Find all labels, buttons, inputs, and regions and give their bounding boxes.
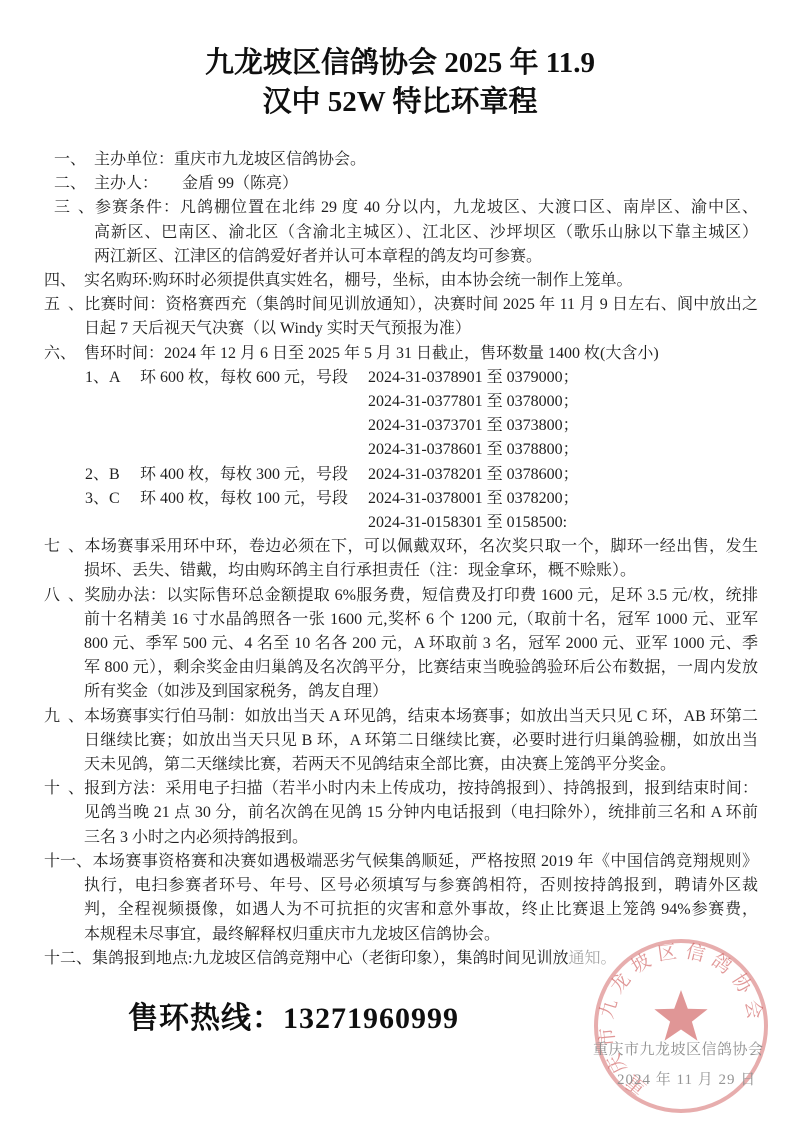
rule-item: 七、本场赛事采用环中环，卷边必须在下，可以佩戴双环，名次奖只取一个，脚环一经出售… (44, 535, 758, 583)
title-line-2: 汉中 52W 特比环章程 (0, 83, 800, 122)
rule-text: 本规程未尽事宜，最终解释权归重庆市九龙坡区信鸽协会。 (84, 926, 500, 943)
rule-text: 判，全程视频摄像，如遇人为不可抗拒的灾害和意外事故，终止比赛退上笼鸽 94%参赛… (84, 901, 758, 918)
signature-date: 2024 年 11 月 29 日 (617, 1068, 756, 1089)
rule-text: 集鸽报到地点:九龙坡区信鸽竞翔中心（老街印象），集鸽时间见训放 (92, 950, 568, 967)
rule-number: 七、 (44, 535, 84, 559)
rule-text: 本场赛事资格赛和决赛如遇极端恶劣气候集鸽顺延，严格按照 2019 年《中国信鸽竞… (92, 853, 758, 870)
rules-list: 一、主办单位：重庆市九龙坡区信鸽协会。二、主办人： 金盾 99（陈亮）三、参赛条… (44, 148, 758, 971)
rule-number: 二、 (54, 172, 94, 196)
rule-line: 日继续比赛；如放出当天只见 B 环，A 环第二日继续比赛，必要时进行归巢鸽验棚，… (44, 729, 758, 753)
rule-line: 两江新区、江津区的信鸽爱好者并认可本章程的鸽友均可参赛。 (54, 245, 758, 269)
rule-line-first: 一、主办单位：重庆市九龙坡区信鸽协会。 (54, 148, 758, 172)
ring-number-range: 2024-31-0158301 至 0158500: (368, 514, 567, 531)
rule-line-first: 五、比赛时间：资格赛西充（集鸽时间见训放通知），决赛时间 2025 年 11 月… (44, 293, 758, 317)
rule-line: 800 元、季军 500 元、4 名至 10 名各 200 元，A 环取前 3 … (44, 632, 758, 656)
rule-line-first: 八、奖励办法：以实际售环总金额提取 6%服务费，短信费及打印费 1600 元，足… (44, 584, 758, 608)
rule-number: 三、 (54, 196, 94, 220)
rule-line-first: 四、实名购环:购环时必须提供真实姓名，棚号，坐标，由本协会统一制作上笼单。 (44, 269, 758, 293)
rule-text: 前十名精美 16 寸水晶鸽照各一张 1600 元,奖杯 6 个 1200 元,（… (84, 611, 758, 628)
ring-price-list: 1、A环 600 枚，每枚 600 元，号段2024-31-0378901 至 … (85, 366, 758, 535)
rule-item: 一、主办单位：重庆市九龙坡区信鸽协会。 (54, 148, 758, 172)
rule-item: 五、比赛时间：资格赛西充（集鸽时间见训放通知），决赛时间 2025 年 11 月… (44, 293, 758, 341)
rule-item: 六、售环时间：2024 年 12 月 6 日至 2025 年 5 月 31 日截… (44, 342, 758, 366)
rule-text: 报到方法：采用电子扫描（若半小时内未上传成功，按持鸽报到）、持鸽报到，报到结束时… (84, 780, 758, 797)
ring-number-range: 2024-31-0373701 至 0373800； (368, 417, 579, 434)
rule-line: 判，全程视频摄像，如遇人为不可抗拒的灾害和意外事故，终止比赛退上笼鸽 94%参赛… (44, 898, 758, 922)
rule-text: 主办人： 金盾 99（陈亮） (94, 175, 298, 192)
rule-text: 两江新区、江津区的信鸽爱好者并认可本章程的鸽友均可参赛。 (94, 248, 542, 265)
ring-line: 2、B环 400 枚，每枚 300 元，号段2024-31-0378201 至 … (85, 463, 758, 487)
official-seal-stamp: 重庆市九龙坡区信鸽协会 (585, 930, 785, 1130)
rule-text: 实名购环:购环时必须提供真实姓名，棚号，坐标，由本协会统一制作上笼单。 (84, 272, 632, 289)
rule-line: 见鸽当晚 21 点 30 分，前名次鸽在见鸽 15 分钟内电话报到（电扫除外），… (44, 801, 758, 825)
rule-text: 参赛条件：凡鸽棚位置在北纬 29 度 40 分以内，九龙坡区、大渡口区、南岸区、… (94, 199, 758, 216)
rule-number: 六、 (44, 342, 84, 366)
rule-line-first: 七、本场赛事采用环中环，卷边必须在下，可以佩戴双环，名次奖只取一个，脚环一经出售… (44, 535, 758, 559)
rule-item: 四、实名购环:购环时必须提供真实姓名，棚号，坐标，由本协会统一制作上笼单。 (44, 269, 758, 293)
star-icon (654, 990, 707, 1041)
ring-description: 环 600 枚，每枚 600 元，号段 (140, 366, 368, 390)
rule-number: 十一、 (44, 850, 92, 874)
rule-text: 日继续比赛；如放出当天只见 B 环，A 环第二日继续比赛，必要时进行归巢鸽验棚，… (84, 732, 758, 749)
document-page: 九龙坡区信鸽协会 2025 年 11.9 汉中 52W 特比环章程 一、主办单位… (0, 0, 800, 1132)
ring-line: 2024-31-0373701 至 0373800； (85, 414, 758, 438)
rule-item: 三、参赛条件：凡鸽棚位置在北纬 29 度 40 分以内，九龙坡区、大渡口区、南岸… (54, 196, 758, 269)
rule-line: 三名 3 小时之内必须持鸽报到。 (44, 826, 758, 850)
rule-number: 一、 (54, 148, 94, 172)
rule-line: 所有奖金（如涉及到国家税务，鸽友自理） (44, 680, 758, 704)
ring-grade: 1、A (85, 366, 140, 390)
rule-text: 执行，电扫参赛者环号、年号、区号必须填写与参赛鸽相符，否则按持鸽报到，聘请外区裁 (84, 877, 758, 894)
rule-line: 天未见鸽，第二天继续比赛，若两天不见鸽结束全部比赛，由决赛上笼鸽平分奖金。 (44, 753, 758, 777)
ring-line: 2024-31-0377801 至 0378000； (85, 390, 758, 414)
rule-item: 二、主办人： 金盾 99（陈亮） (54, 172, 758, 196)
ring-line: 1、A环 600 枚，每枚 600 元，号段2024-31-0378901 至 … (85, 366, 758, 390)
ring-line: 2024-31-0378601 至 0378800； (85, 438, 758, 462)
rule-line: 军 800 元），剩余奖金由归巢鸽及名次鸽平分，比赛结束当晚验鸽验环后公布数据，… (44, 656, 758, 680)
rule-line-first: 十、报到方法：采用电子扫描（若半小时内未上传成功，按持鸽报到）、持鸽报到，报到结… (44, 777, 758, 801)
rule-line: 日起 7 天后视天气决赛（以 Windy 实时天气预报为准） (44, 317, 758, 341)
ring-grade: 2、B (85, 463, 140, 487)
rule-text: 损坏、丢失、错戴，均由购环鸽主自行承担责任（注：现金拿环，概不赊账）。 (84, 562, 636, 579)
ring-line: 3、C环 400 枚，每枚 100 元，号段2024-31-0378001 至 … (85, 487, 758, 511)
ring-number-range: 2024-31-0378001 至 0378200； (368, 490, 579, 507)
ring-line: 2024-31-0158301 至 0158500: (85, 511, 758, 535)
title-line-1: 九龙坡区信鸽协会 2025 年 11.9 (0, 44, 800, 83)
ring-description: 环 400 枚，每枚 300 元，号段 (140, 463, 368, 487)
rule-number: 九、 (44, 705, 84, 729)
rule-text: 800 元、季军 500 元、4 名至 10 名各 200 元，A 环取前 3 … (84, 635, 758, 652)
rule-text: 本场赛事实行伯马制：如放出当天 A 环见鸽，结束本场赛事；如放出当天只见 C 环… (84, 708, 758, 725)
ring-number-range: 2024-31-0378901 至 0379000； (368, 369, 579, 386)
rule-item: 十、报到方法：采用电子扫描（若半小时内未上传成功，按持鸽报到）、持鸽报到，报到结… (44, 777, 758, 850)
document-title: 九龙坡区信鸽协会 2025 年 11.9 汉中 52W 特比环章程 (0, 44, 800, 122)
rule-item: 九、本场赛事实行伯马制：如放出当天 A 环见鸽，结束本场赛事；如放出当天只见 C… (44, 705, 758, 778)
ring-number-range: 2024-31-0377801 至 0378000； (368, 393, 579, 410)
ring-description: 环 400 枚，每枚 100 元，号段 (140, 487, 368, 511)
rule-text: 军 800 元），剩余奖金由归巢鸽及名次鸽平分，比赛结束当晚验鸽验环后公布数据，… (84, 659, 758, 676)
rule-text: 见鸽当晚 21 点 30 分，前名次鸽在见鸽 15 分钟内电话报到（电扫除外），… (84, 804, 758, 821)
rule-line-first: 二、主办人： 金盾 99（陈亮） (54, 172, 758, 196)
signature-org: 重庆市九龙坡区信鸽协会 (593, 1038, 764, 1059)
rule-text: 三名 3 小时之内必须持鸽报到。 (84, 829, 308, 846)
rule-line-first: 十一、本场赛事资格赛和决赛如遇极端恶劣气候集鸽顺延，严格按照 2019 年《中国… (44, 850, 758, 874)
ring-grade: 3、C (85, 487, 140, 511)
rule-line: 前十名精美 16 寸水晶鸽照各一张 1600 元,奖杯 6 个 1200 元,（… (44, 608, 758, 632)
ring-number-range: 2024-31-0378201 至 0378600； (368, 466, 579, 483)
rule-line: 执行，电扫参赛者环号、年号、区号必须填写与参赛鸽相符，否则按持鸽报到，聘请外区裁 (44, 874, 758, 898)
rule-number: 五、 (44, 293, 84, 317)
rule-line-first: 三、参赛条件：凡鸽棚位置在北纬 29 度 40 分以内，九龙坡区、大渡口区、南岸… (54, 196, 758, 220)
rule-line-first: 九、本场赛事实行伯马制：如放出当天 A 环见鸽，结束本场赛事；如放出当天只见 C… (44, 705, 758, 729)
rule-number: 四、 (44, 269, 84, 293)
rule-line: 高新区、巴南区、渝北区（含渝北主城区）、江北区、沙坪坝区（歌乐山脉以下靠主城区） (54, 221, 758, 245)
rule-text: 奖励办法：以实际售环总金额提取 6%服务费，短信费及打印费 1600 元，足环 … (84, 587, 758, 604)
rule-text: 本场赛事采用环中环，卷边必须在下，可以佩戴双环，名次奖只取一个，脚环一经出售，发… (84, 538, 758, 555)
rule-text: 日起 7 天后视天气决赛（以 Windy 实时天气预报为准） (84, 320, 471, 337)
rule-line-first: 六、售环时间：2024 年 12 月 6 日至 2025 年 5 月 31 日截… (44, 342, 758, 366)
rule-number: 十二、 (44, 947, 92, 971)
rule-item: 八、奖励办法：以实际售环总金额提取 6%服务费，短信费及打印费 1600 元，足… (44, 584, 758, 705)
rule-text: 高新区、巴南区、渝北区（含渝北主城区）、江北区、沙坪坝区（歌乐山脉以下靠主城区） (94, 224, 758, 241)
rule-text: 售环时间：2024 年 12 月 6 日至 2025 年 5 月 31 日截止，… (84, 345, 659, 362)
rule-number: 十、 (44, 777, 84, 801)
rule-number: 八、 (44, 584, 84, 608)
rule-text: 天未见鸽，第二天继续比赛，若两天不见鸽结束全部比赛，由决赛上笼鸽平分奖金。 (84, 756, 676, 773)
ring-number-range: 2024-31-0378601 至 0378800； (368, 441, 579, 458)
rule-line: 损坏、丢失、错戴，均由购环鸽主自行承担责任（注：现金拿环，概不赊账）。 (44, 559, 758, 583)
rule-text: 主办单位：重庆市九龙坡区信鸽协会。 (94, 151, 366, 168)
rule-text: 比赛时间：资格赛西充（集鸽时间见训放通知），决赛时间 2025 年 11 月 9… (84, 296, 758, 313)
rule-text: 所有奖金（如涉及到国家税务，鸽友自理） (84, 683, 388, 700)
